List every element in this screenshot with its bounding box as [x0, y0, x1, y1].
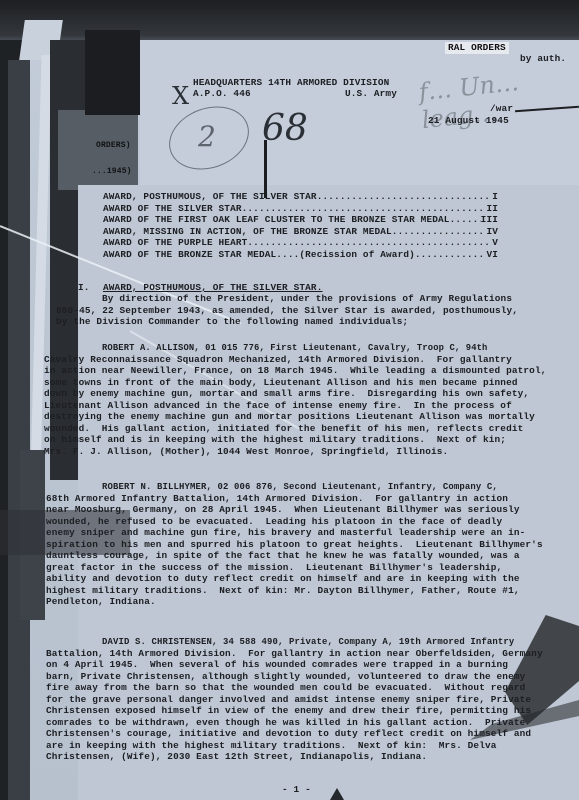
citation-line: ROBERT N. BILLHYMER, 02 006 876, Second …: [102, 481, 575, 493]
citation-line: ROBERT A. ALLISON, 01 015 776, First Lie…: [102, 342, 574, 354]
citation-line: barn, Private Christensen, although slig…: [46, 671, 543, 683]
page-number: - 1 -: [282, 784, 311, 796]
citation-line: in action near Neewiller, France, on 18 …: [44, 365, 547, 377]
citation-line: Battalion, 14th Armored Division. For ga…: [46, 648, 543, 660]
toc-row: AWARD OF THE FIRST OAK LEAF CLUSTER TO T…: [103, 214, 498, 226]
citation-billhymer: ROBERT N. BILLHYMER, 02 006 876, Second …: [46, 481, 543, 608]
toc-leader: ........................................…: [450, 214, 481, 226]
toc-leader: ........................................…: [317, 191, 493, 203]
intro-line: by the Division Commander to the followi…: [56, 316, 518, 328]
section-intro: By direction of the President, under the…: [56, 293, 518, 328]
citation-line: destroying the enemy machine gun and mor…: [44, 411, 547, 423]
citation-line: are in keeping with the highest military…: [46, 740, 543, 752]
toc-row: AWARD OF THE PURPLE HEART...............…: [103, 237, 498, 249]
toc-label: AWARD OF THE FIRST OAK LEAF CLUSTER TO T…: [103, 214, 450, 226]
toc-leader: ........................................…: [242, 203, 487, 215]
citation-line: wounded. His gallant action, initiated f…: [44, 423, 547, 435]
citation-line: comrades to be withdrawn, even though he…: [46, 717, 543, 729]
header-date: 21 August 1945: [428, 115, 509, 127]
citation-line: Christensen's courage, initiative and de…: [46, 728, 543, 740]
citation-line: great factor in the success of the missi…: [46, 562, 543, 574]
citation-line: highest military traditions. Next of kin…: [46, 585, 543, 597]
citation-line: on himself and is in keeping with the hi…: [44, 434, 547, 446]
circled-number: 2: [198, 120, 216, 153]
toc-numeral: IV: [486, 226, 498, 238]
left-binding-black: [85, 30, 140, 115]
left-margin-fragment: ORDERS): [96, 140, 131, 152]
citation-line: dauntless courage, in spite of the fact …: [46, 550, 543, 562]
toc-label: AWARD OF THE PURPLE HEART: [103, 237, 247, 249]
citation-line: enemy sniper and machine gun fire, his b…: [46, 527, 543, 539]
citation-line: Mrs. F. J. Allison, (Mother), 1044 West …: [44, 446, 547, 458]
left-binding-worn: [8, 60, 30, 800]
citation-line: some towns in front of the main body, Li…: [44, 377, 547, 389]
stamp-top-text: RAL ORDERS: [445, 42, 509, 54]
citation-line: Pendleton, Indiana.: [46, 596, 543, 608]
toc-row: AWARD OF THE BRONZE STAR MEDAL....(Recis…: [103, 249, 498, 261]
toc-numeral: I: [492, 191, 498, 203]
toc-numeral: V: [492, 237, 498, 249]
citation-allison: ROBERT A. ALLISON, 01 015 776, First Lie…: [44, 342, 547, 457]
citation-christensen: DAVID S. CHRISTENSEN, 34 588 490, Privat…: [46, 636, 543, 763]
toc-numeral: II: [486, 203, 498, 215]
citation-line: 68th Armored Infantry Battalion, 14th Ar…: [46, 493, 543, 505]
table-of-contents: AWARD, POSTHUMOUS, OF THE SILVER STAR...…: [103, 191, 498, 260]
citation-line: fire away from the barn so that the woun…: [46, 682, 543, 694]
handwritten-number: 68: [262, 108, 308, 149]
ink-stroke: [264, 140, 267, 198]
toc-numeral: III: [481, 214, 498, 226]
toc-label: AWARD OF THE SILVER STAR: [103, 203, 242, 215]
toc-row: AWARD, POSTHUMOUS, OF THE SILVER STAR...…: [103, 191, 498, 203]
left-margin-fragment-2: ...1945): [92, 166, 132, 178]
toc-label: AWARD OF THE BRONZE STAR MEDAL....(Recis…: [103, 249, 415, 261]
header-title: HEADQUARTERS 14TH ARMORED DIVISION: [193, 77, 389, 89]
toc-leader: ........................................…: [415, 249, 487, 261]
section-title: AWARD, POSTHUMOUS, OF THE SILVER STAR.: [103, 282, 323, 294]
section-numeral: I.: [78, 282, 90, 294]
citation-line: down by enemy machine gun, mortar and sm…: [44, 388, 547, 400]
citation-line: wounded, he refused to be evacuated. Lea…: [46, 516, 543, 528]
intro-line: 600-45, 22 September 1943, as amended, t…: [56, 305, 518, 317]
toc-row: AWARD, MISSING IN ACTION, OF THE BRONZE …: [103, 226, 498, 238]
citation-line: Christensen exposed himself in view of t…: [46, 705, 543, 717]
toc-leader: ........................................…: [392, 226, 487, 238]
citation-line: ability and devotion to duty reflect cre…: [46, 573, 543, 585]
citation-line: Christensen, (Wife), 2030 East 12th Stre…: [46, 751, 543, 763]
toc-label: AWARD, MISSING IN ACTION, OF THE BRONZE …: [103, 226, 392, 238]
citation-line: Lieutenant Allison advanced in the face …: [44, 400, 547, 412]
header-army: U.S. Army: [345, 88, 397, 100]
toc-row: AWARD OF THE SILVER STAR................…: [103, 203, 498, 215]
citation-line: spiration to his men and spurred his pla…: [46, 539, 543, 551]
intro-line: By direction of the President, under the…: [102, 293, 564, 305]
citation-line: DAVID S. CHRISTENSEN, 34 588 490, Privat…: [102, 636, 575, 648]
toc-label: AWARD, POSTHUMOUS, OF THE SILVER STAR: [103, 191, 317, 203]
header-war-annotation: /war: [490, 103, 513, 115]
citation-line: for the grave personal danger involved a…: [46, 694, 543, 706]
handwritten-x-mark: X: [172, 82, 189, 110]
citation-line: Cavalry Reconnaissance Squadron Mechaniz…: [44, 354, 547, 366]
citation-line: near Moosburg, Germany, on 28 April 1945…: [46, 504, 543, 516]
scanned-document-page: RAL ORDERS by auth. f… Un… leag… HEADQUA…: [0, 0, 579, 800]
citation-line: on 4 April 1945. When several of his wou…: [46, 659, 543, 671]
toc-numeral: VI: [486, 249, 498, 261]
toc-leader: ........................................…: [247, 237, 492, 249]
header-apo: A.P.O. 446: [193, 88, 251, 100]
